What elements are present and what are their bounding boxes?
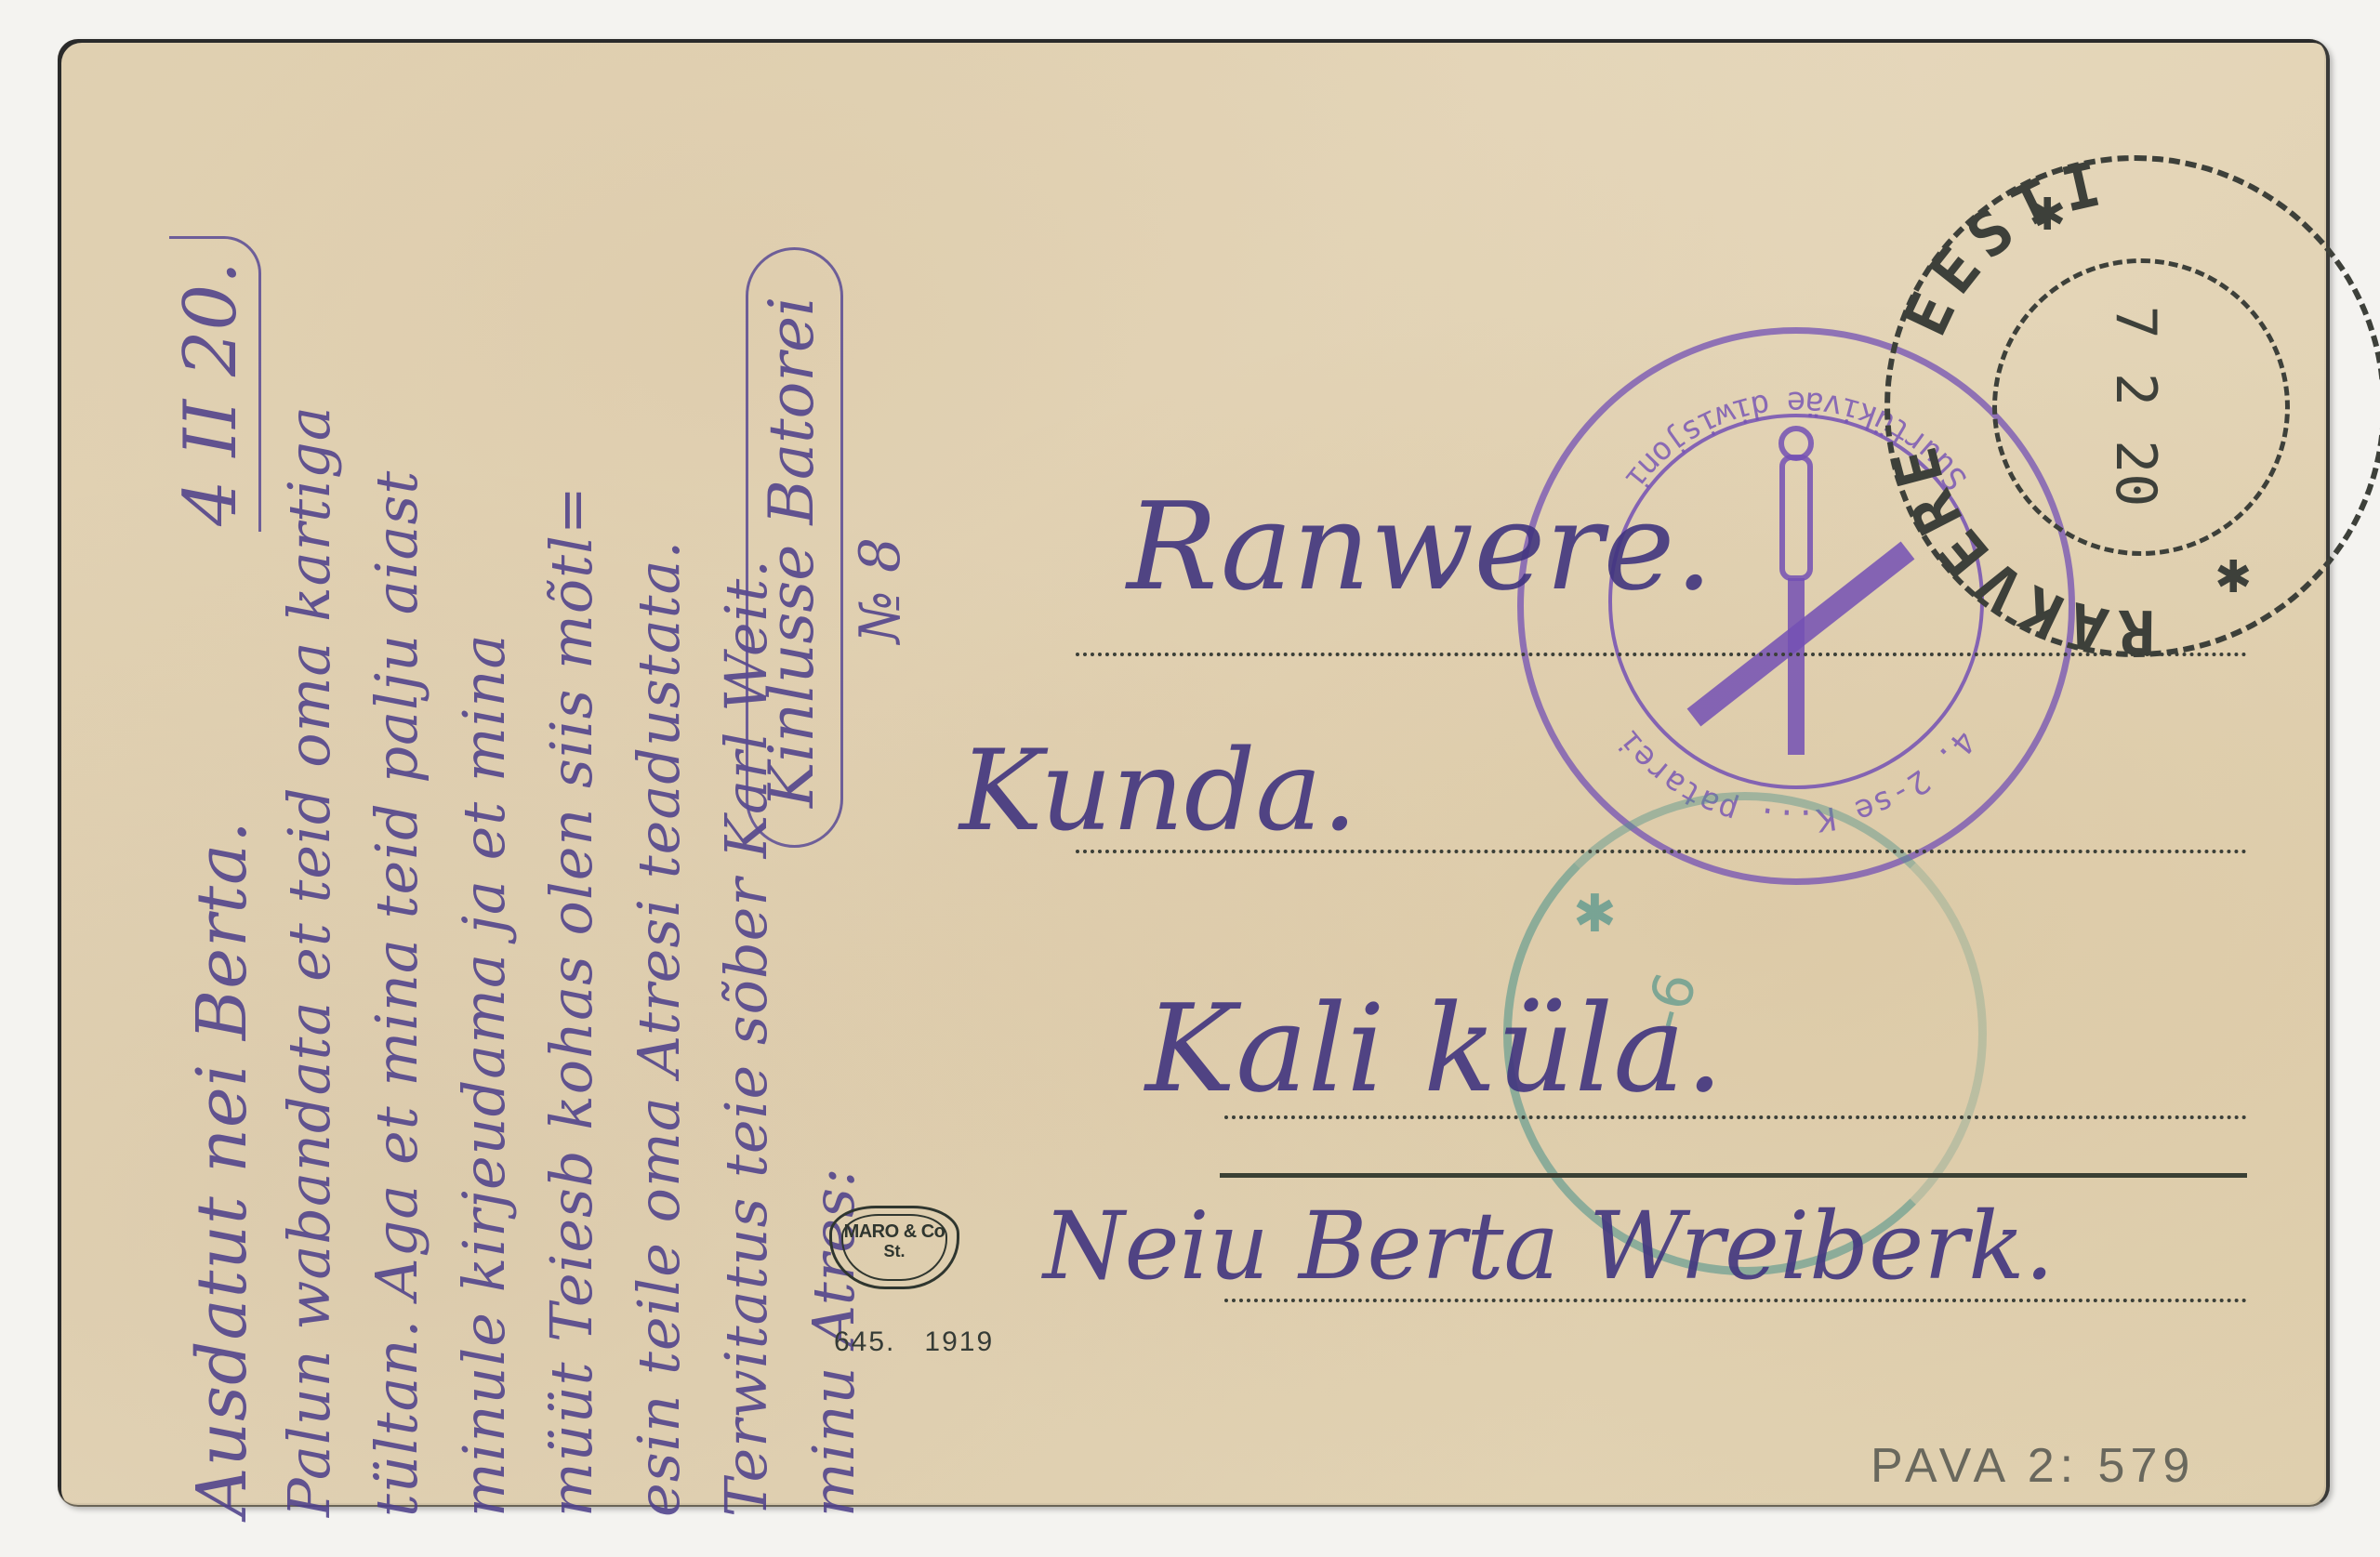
address-line-1 <box>1076 653 2247 656</box>
recipient-name: Neiu Berta Wreiberk. <box>1043 1192 2055 1300</box>
publisher-name: MARO & Co <box>832 1221 957 1242</box>
address-parish: Kunda. <box>959 727 1357 856</box>
message-line: Palun wabandata et teid oma kartiga <box>266 67 353 1517</box>
art-nouveau-frame-icon: MARO & Co St. <box>829 1206 959 1289</box>
star-icon: ✱ <box>2029 189 2066 241</box>
address-divider <box>1220 1173 2247 1178</box>
message-line: esin teile oma Atresi teadustata. <box>615 67 703 1517</box>
svg-text:✱: ✱ <box>1573 884 1617 944</box>
publisher-city: St. <box>832 1242 957 1261</box>
series-number: 645. 1919 <box>834 1326 994 1358</box>
postcard: 4 II 20. Ausdatut nei Berta. Palun waban… <box>58 39 2330 1507</box>
message-line: Ausdatut nei Berta. <box>178 67 266 1517</box>
publisher-logo: MARO & Co St. <box>829 1206 959 1294</box>
postmark-date: 7 2 20 <box>2103 306 2168 508</box>
return-address-oval: Kinlusse Batorei <box>746 247 843 848</box>
rakvere-postmark: RAKVERE EESTI ✱ ✱ 7 2 20 <box>1884 155 2380 657</box>
unit-number: № 8 <box>848 537 913 643</box>
svg-text:EESTI: EESTI <box>1884 155 2134 356</box>
postmark-country: EESTI <box>1884 155 2134 356</box>
message-line: minule kirjeudama ja et mina <box>441 67 528 1517</box>
message-line: müüt Teiesb kohas olen siis mõtl= <box>528 67 615 1517</box>
archive-reference: PAVA 2: 579 <box>1871 1438 2195 1494</box>
postmark-text: RAKVERE EESTI ✱ ✱ 7 2 20 <box>1884 155 2380 657</box>
address-town: Ranwere. <box>1127 476 1713 617</box>
star-icon: ✱ <box>2215 551 2252 603</box>
address-village: Kali küla. <box>1145 978 1724 1119</box>
message-line: tültan. Aga et mina teid palju aiast <box>353 67 441 1517</box>
